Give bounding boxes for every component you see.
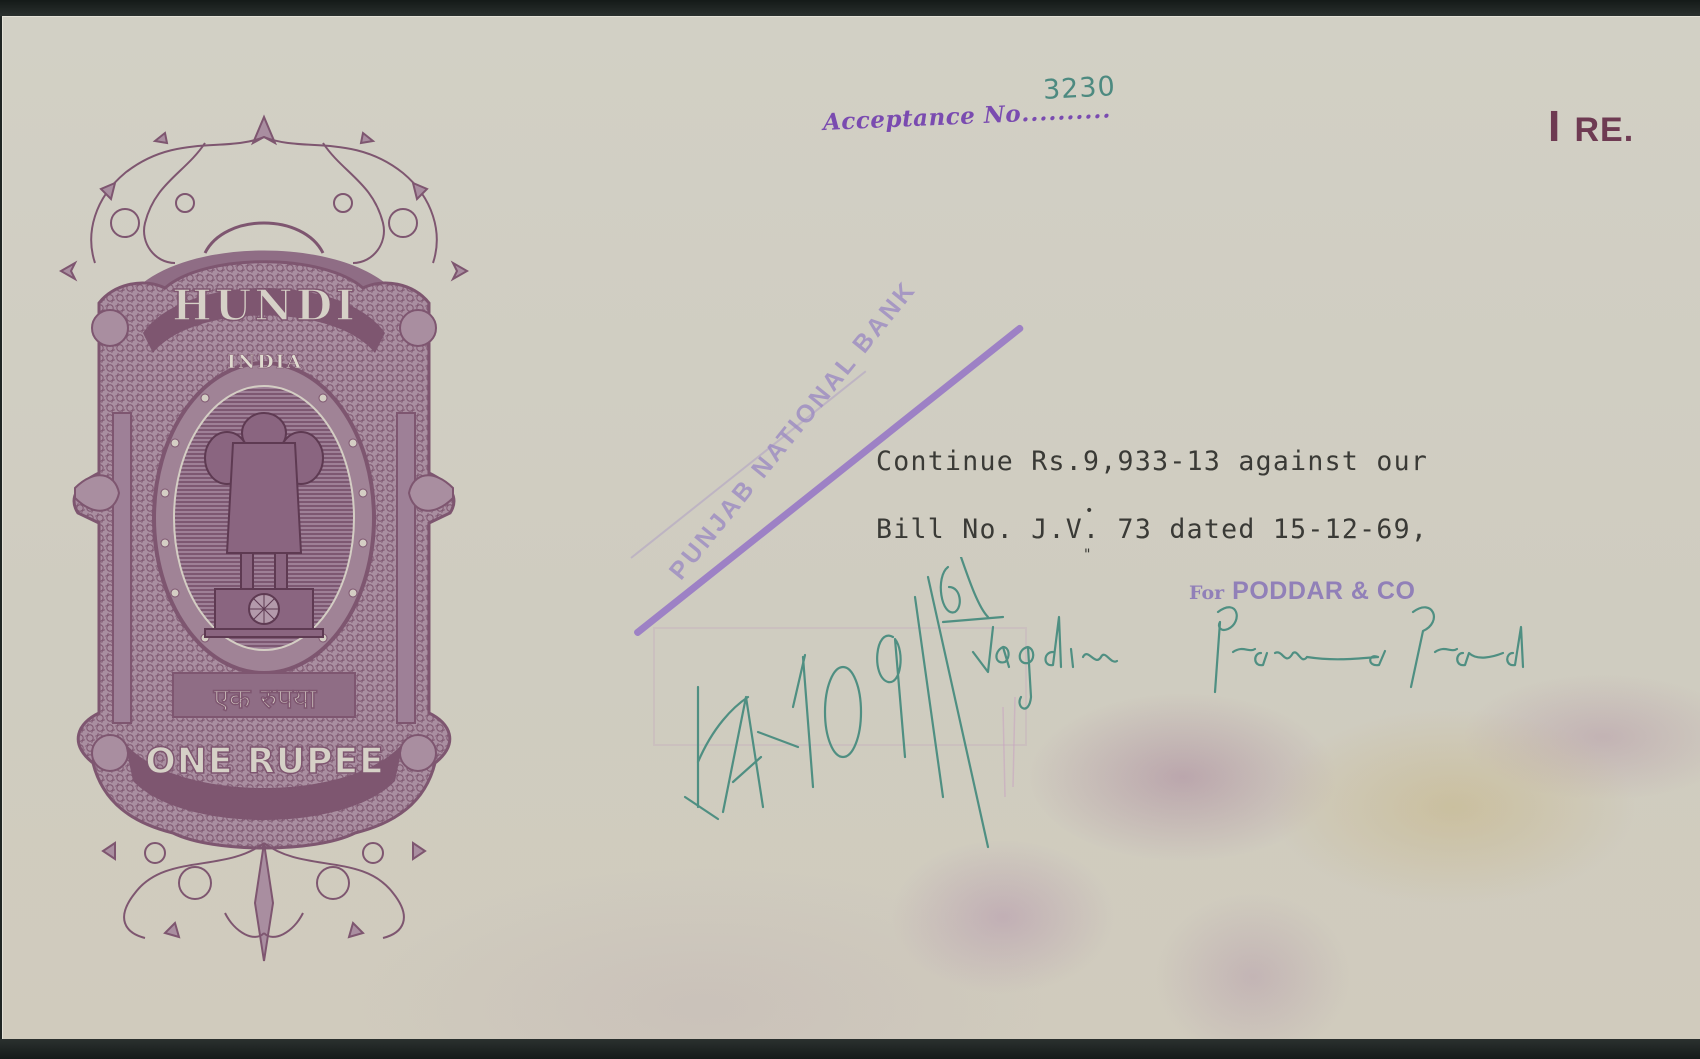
denomination-numeral: I (1548, 102, 1561, 151)
body-line-2: Bill No. J.V. 73 dated 15-12-69, (876, 514, 1428, 545)
handwritten-signature: Jagdish Prasad Poddar (643, 857, 644, 858)
typed-dot-mark: • (1085, 503, 1093, 519)
handwritten-annotations: KA 109/69 Jagdish Prasad Poddar (643, 557, 1563, 857)
stamp-country: INDIA (215, 351, 315, 373)
scanner-edge-top (0, 0, 1700, 16)
scanner-edge-bottom (0, 1039, 1700, 1059)
acceptance-label: Acceptance No (822, 100, 1021, 136)
handwriting-strokes-icon (643, 557, 1563, 857)
ornamental-stamp-border-icon (55, 113, 473, 965)
body-line-1: Continue Rs.9,933-13 against our (876, 446, 1428, 477)
acceptance-number: 3230 (1042, 71, 1116, 106)
stamp-value-english: ONE RUPEE (145, 741, 385, 782)
revenue-stamp: HUNDI INDIA एक रुपया ONE RUPEE (55, 113, 473, 965)
denomination: I RE. (1548, 102, 1634, 152)
stamp-value-hindi: एक रुपया (175, 679, 355, 717)
denomination-unit: RE. (1574, 111, 1634, 149)
handwritten-reference: KA 109/69 (643, 857, 644, 858)
stamp-title: HUNDI (155, 281, 375, 330)
hundi-paper: HUNDI INDIA एक रुपया ONE RUPEE Acceptanc… (2, 16, 1700, 1040)
